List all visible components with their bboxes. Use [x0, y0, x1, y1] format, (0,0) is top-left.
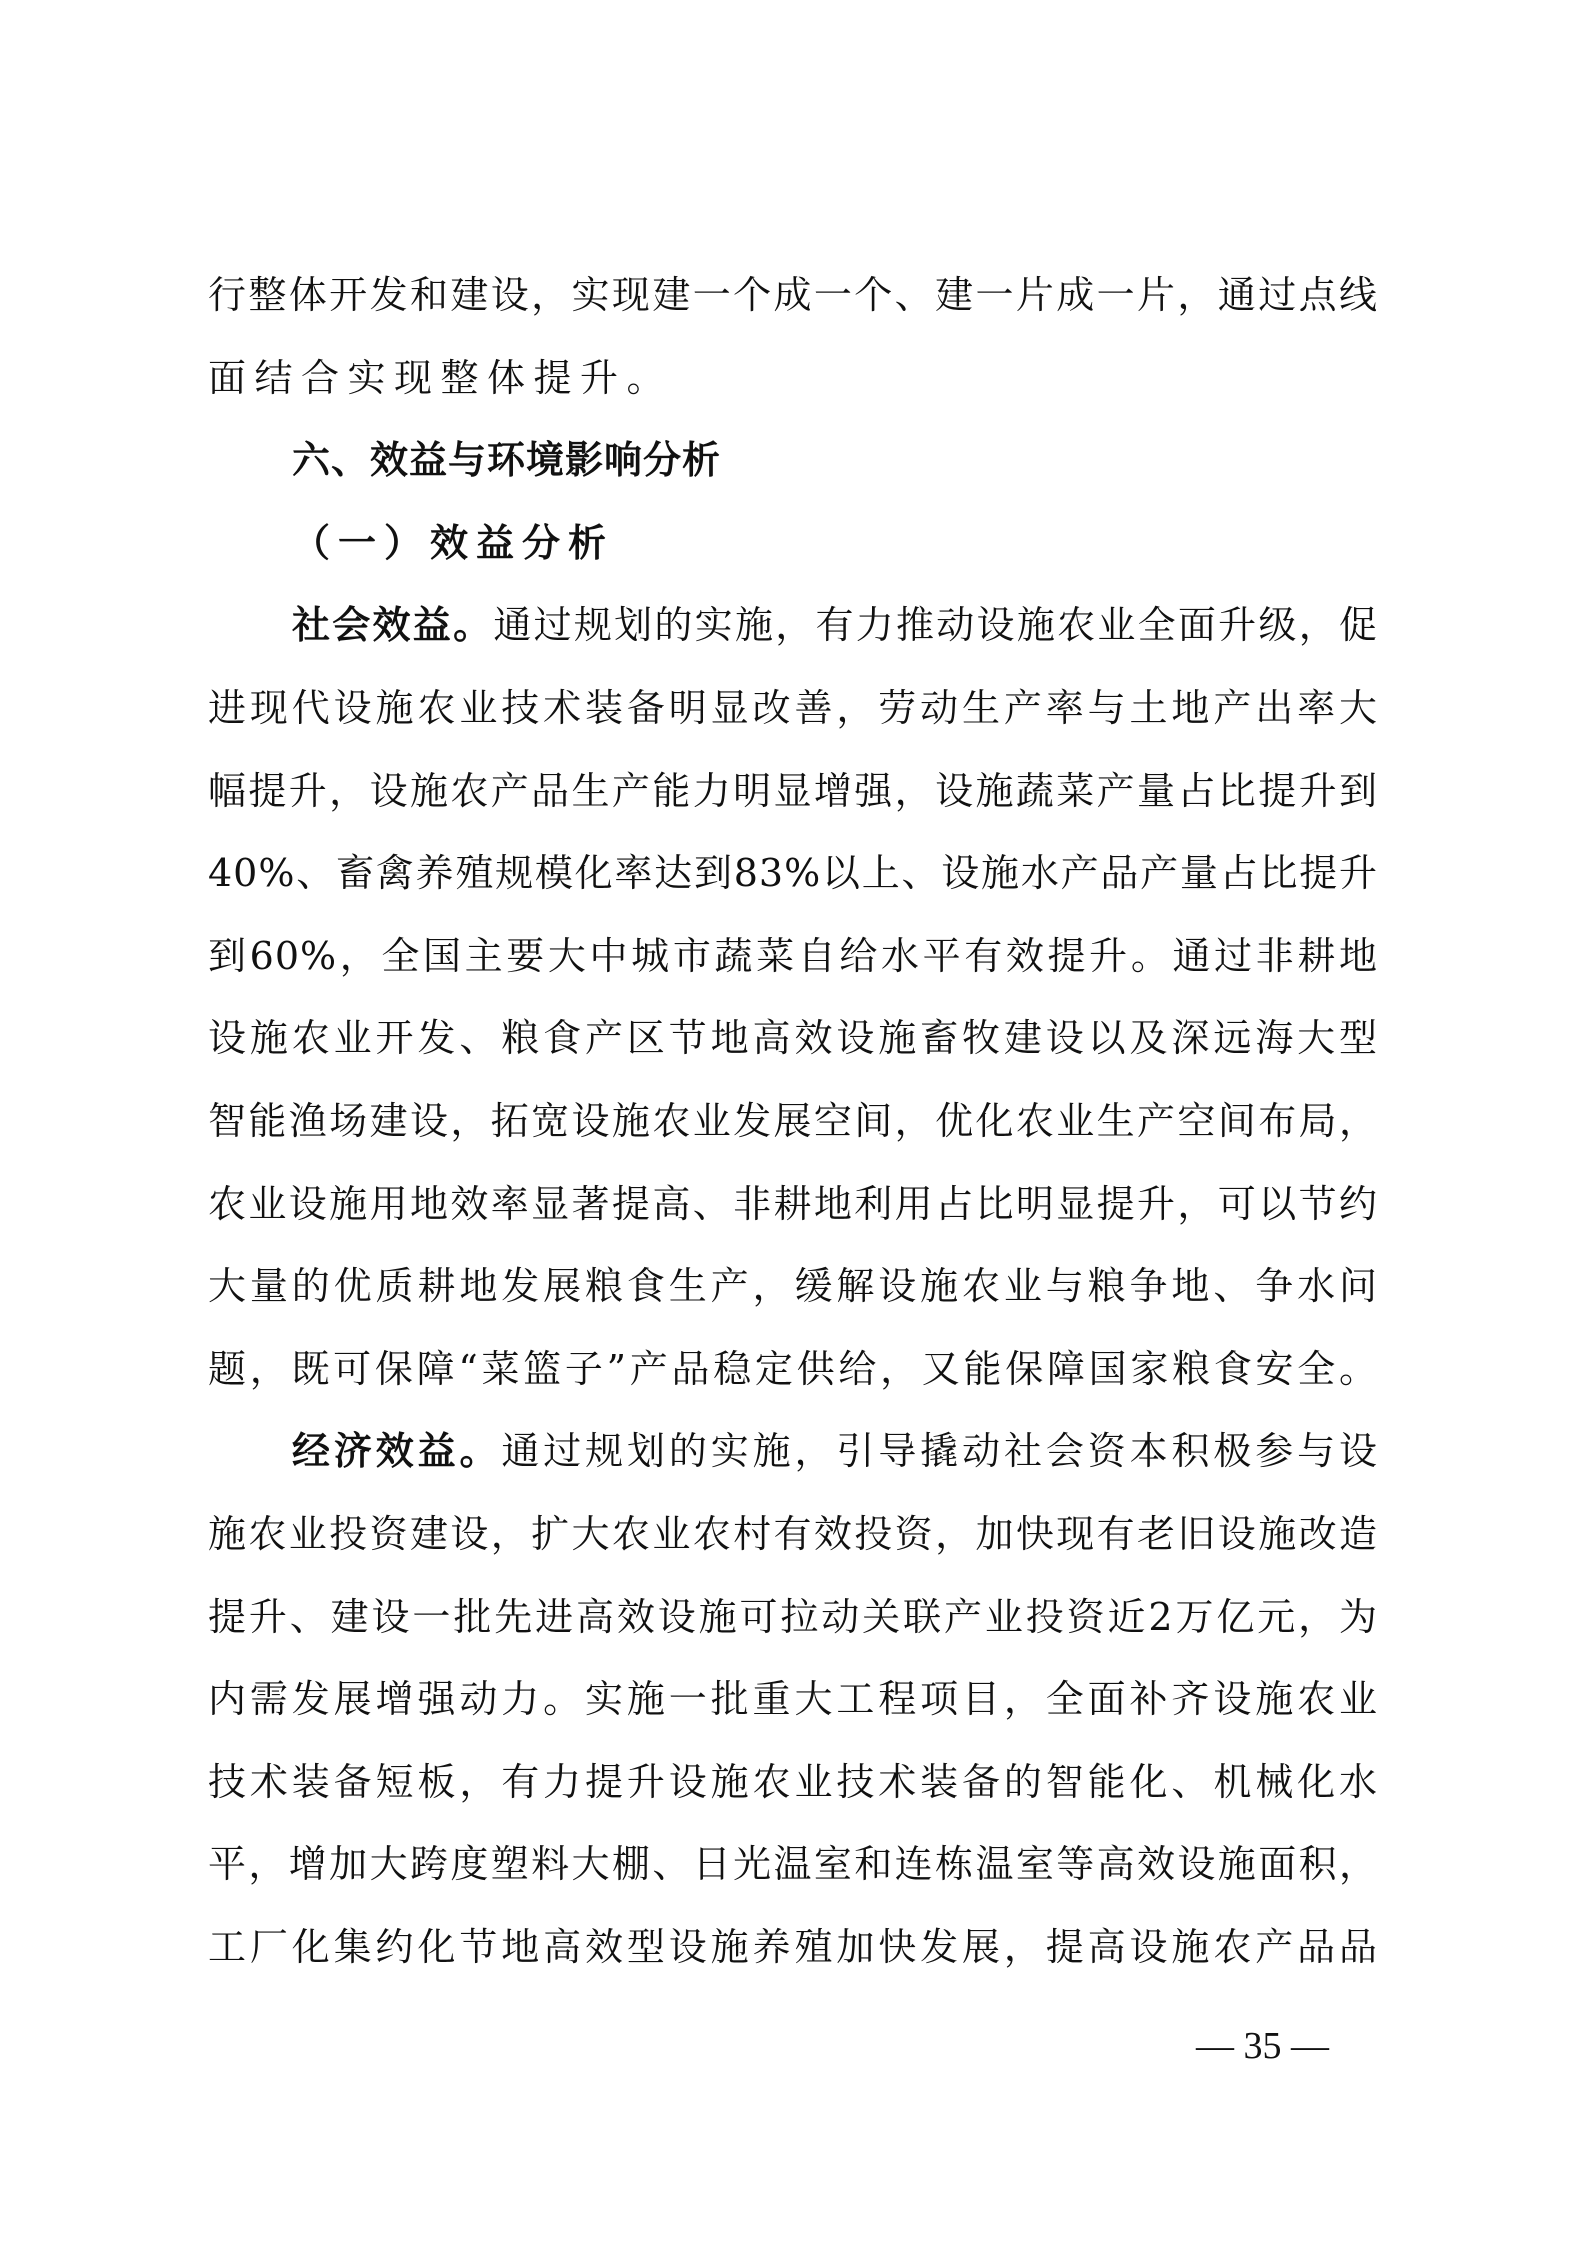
- paragraph-line: 题，既可保障“菜篮子”产品稳定供给，又能保障国家粮食安全。: [208, 1328, 1378, 1411]
- paragraph-line: 幅提升，设施农产品生产能力明显增强，设施蔬菜产量占比提升到: [208, 750, 1378, 833]
- paragraph-text: 通过规划的实施，引导撬动社会资本积极参与设: [501, 1429, 1378, 1473]
- page-number: — 35 —: [1196, 2024, 1329, 2068]
- body-text: 行整体开发和建设，实现建一个成一个、建一片成一片，通过点线 面结合实现整体提升。…: [208, 254, 1378, 1988]
- section-heading: 六、效益与环境影响分析: [208, 419, 1378, 502]
- paragraph-line: 40%、畜禽养殖规模化率达到83%以上、设施水产品产量占比提升: [208, 832, 1378, 915]
- paragraph-line: 提升、建设一批先进高效设施可拉动关联产业投资近2万亿元，为: [208, 1576, 1378, 1659]
- paragraph-line: 进现代设施农业技术装备明显改善，劳动生产率与土地产出率大: [208, 667, 1378, 750]
- paragraph-line: 行整体开发和建设，实现建一个成一个、建一片成一片，通过点线: [208, 254, 1378, 337]
- paragraph-line: 到60%，全国主要大中城市蔬菜自给水平有效提升。通过非耕地: [208, 915, 1378, 998]
- document-page: 行整体开发和建设，实现建一个成一个、建一片成一片，通过点线 面结合实现整体提升。…: [0, 0, 1587, 2245]
- paragraph-line: 面结合实现整体提升。: [208, 337, 1378, 420]
- economic-benefit-lead: 经济效益。: [292, 1429, 501, 1473]
- economic-benefit-first-line: 经济效益。通过规划的实施，引导撬动社会资本积极参与设: [208, 1410, 1378, 1493]
- paragraph-line: 大量的优质耕地发展粮食生产，缓解设施农业与粮争地、争水问: [208, 1245, 1378, 1328]
- social-benefit-lead: 社会效益。: [292, 603, 493, 647]
- paragraph-line: 农业设施用地效率显著提高、非耕地利用占比明显提升，可以节约: [208, 1163, 1378, 1246]
- subsection-heading: （一）效益分析: [208, 502, 1378, 585]
- paragraph-text: 通过规划的实施，有力推动设施农业全面升级，促: [493, 603, 1378, 647]
- paragraph-line: 技术装备短板，有力提升设施农业技术装备的智能化、机械化水: [208, 1741, 1378, 1824]
- paragraph-line: 智能渔场建设，拓宽设施农业发展空间，优化农业生产空间布局，: [208, 1080, 1378, 1163]
- paragraph-line: 工厂化集约化节地高效型设施养殖加快发展，提高设施农产品品: [208, 1906, 1378, 1989]
- social-benefit-first-line: 社会效益。通过规划的实施，有力推动设施农业全面升级，促: [208, 584, 1378, 667]
- paragraph-line: 施农业投资建设，扩大农业农村有效投资，加快现有老旧设施改造: [208, 1493, 1378, 1576]
- paragraph-line: 平，增加大跨度塑料大棚、日光温室和连栋温室等高效设施面积，: [208, 1823, 1378, 1906]
- paragraph-line: 设施农业开发、粮食产区节地高效设施畜牧建设以及深远海大型: [208, 997, 1378, 1080]
- paragraph-line: 内需发展增强动力。实施一批重大工程项目，全面补齐设施农业: [208, 1658, 1378, 1741]
